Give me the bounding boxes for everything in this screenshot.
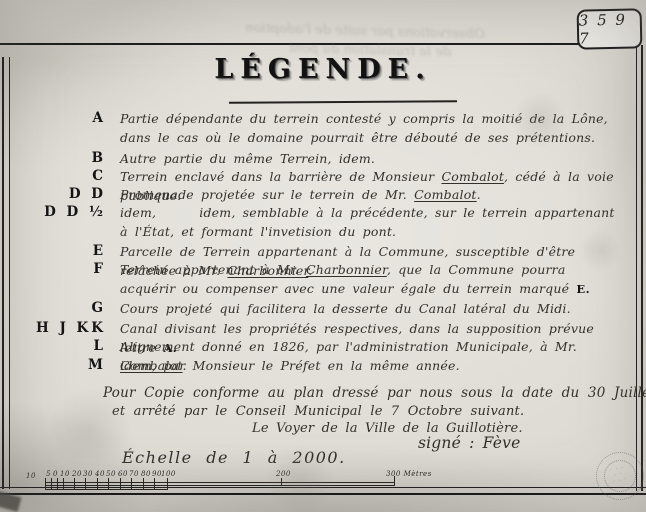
legend-item-DD-half: D D ½ idem, idem, semblable à la précéde…	[14, 203, 626, 241]
certification-line1: Pour Copie conforme au plan dressé par n…	[103, 384, 646, 403]
legend-letter: C	[14, 167, 120, 185]
scale-label: 100	[161, 470, 176, 478]
bleedthrough-script-line1: Observations par suite de l'adoption	[170, 19, 560, 44]
scale-tick	[51, 478, 52, 489]
legend-text: Promenade projetée sur le terrein de Mr.…	[120, 185, 626, 204]
legend-letter: L	[14, 337, 120, 355]
legend-text: Autre partie du même Terrein, idem.	[120, 149, 626, 168]
legend-item-F: F Terrein appartenant à Mr. Charbonnier,…	[14, 260, 626, 299]
legend-item-A: A Partie dépendante du terrein contesté …	[14, 109, 626, 147]
scanned-document: 3 5 9 7 Observations par suite de l'adop…	[0, 0, 646, 512]
scale-bar-lower-rail	[45, 489, 168, 490]
scale-label: 40	[95, 470, 105, 478]
scale-label: 70	[129, 470, 139, 478]
legend-letter: D D ½	[14, 203, 120, 221]
legend-item-M: M idem, par Monsieur le Préfet en la mêm…	[14, 356, 626, 375]
scale-tick	[131, 478, 132, 489]
legend-letter: D D	[14, 185, 120, 203]
scale-label: 30	[83, 470, 93, 478]
legend-text: Terrein appartenant à Mr. Charbonnier, q…	[120, 260, 626, 299]
scale-tick	[45, 478, 46, 489]
scale-tick	[57, 478, 58, 489]
scale-tick	[97, 478, 98, 489]
scale-tick	[167, 478, 168, 489]
scale-tick	[74, 478, 75, 489]
frame-right-border	[636, 45, 643, 491]
scale-label: 60	[118, 470, 128, 478]
legend-text: idem, par Monsieur le Préfet en la même …	[120, 356, 626, 375]
title-underline-rule	[229, 100, 457, 104]
signature: signé : Fève	[418, 434, 520, 453]
legend-letter: E	[14, 242, 120, 260]
scale-label: 10	[60, 470, 70, 478]
scale-label: 5	[46, 470, 51, 478]
graphic-scale-bar: 10 5 0 10 20 30 40 50 60 70 80 90 100 20…	[0, 470, 646, 492]
scale-tick	[63, 478, 64, 489]
legend-item-G: G Cours projeté qui facilitera la desser…	[14, 299, 626, 318]
inventory-number: 3 5 9 7	[579, 10, 641, 47]
legend-text: Partie dépendante du terrein contesté y …	[120, 109, 626, 147]
scale-tick	[85, 478, 86, 489]
scale-label: 20	[72, 470, 82, 478]
legend-letter: M	[14, 356, 120, 374]
scale-tick	[394, 476, 395, 486]
scale-label: 300 Mètres	[386, 470, 432, 478]
legend-text: Cours projeté qui facilitera la desserte…	[120, 299, 626, 318]
scale-tick	[143, 478, 144, 489]
scale-label: 0	[53, 470, 58, 478]
legend-item-B: B Autre partie du même Terrein, idem.	[14, 149, 626, 168]
scale-label: 10	[26, 472, 36, 480]
scale-tick	[281, 478, 282, 486]
scale-caption: Échelle de 1 à 2000.	[122, 448, 346, 467]
legend-letter: H J KK	[14, 319, 120, 337]
inventory-number-label: 3 5 9 7	[577, 8, 643, 49]
scale-tick	[108, 478, 109, 489]
legend-letter: F	[14, 260, 120, 278]
scale-tick	[154, 478, 155, 489]
scale-label: 80	[141, 470, 151, 478]
page-title: LÉGENDE.	[0, 54, 646, 85]
frame-left-border	[2, 57, 10, 489]
scale-label: 50	[106, 470, 116, 478]
legend-letter: G	[14, 299, 120, 317]
scale-label: 200	[276, 470, 291, 478]
legend-item-DD: D D Promenade projetée sur le terrein de…	[14, 185, 626, 204]
legend-letter: A	[14, 109, 120, 127]
legend-letter: B	[14, 149, 120, 167]
scale-tick	[120, 478, 121, 489]
legend-text: idem, idem, semblable à la précédente, s…	[120, 203, 626, 241]
